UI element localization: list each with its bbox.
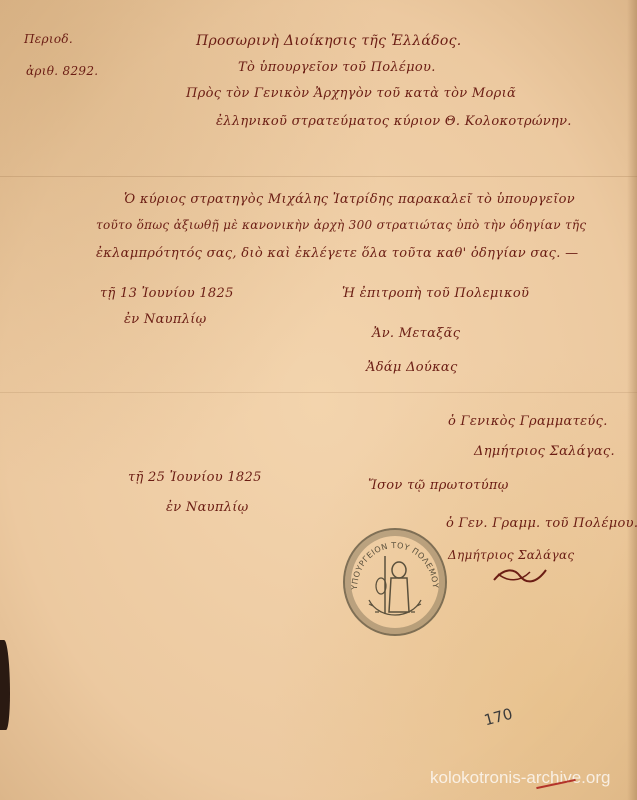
second-place: ἐν Ναυπλίῳ	[166, 500, 249, 515]
first-date-text: τῇ 13 Ἰουνίου 1825	[100, 286, 234, 301]
body-line-2: τοῦτο ὅπως ἀξιωθῇ μὲ κανονικὴν ἀρχὴ 300 …	[96, 218, 586, 232]
seal-emblem-icon: ΥΠΟΥΡΓΕΙΟΝ ΤΟΥ ΠΟΛΕΜΟΥ	[345, 530, 445, 634]
header-line-2: Τὸ ὑπουργεῖον τοῦ Πολέμου.	[238, 60, 436, 75]
fold-line	[0, 392, 637, 393]
signature-doukas: Ἀδάμ Δούκας	[366, 360, 458, 375]
paper-edge	[627, 0, 637, 800]
reference-number: ἀριθ. 8292.	[26, 64, 98, 78]
body-line-3: ἐκλαμπρότητός σας, διὸ καὶ ἐκλέγετε ὅλα …	[96, 246, 578, 261]
signature-flourish-icon	[490, 562, 550, 586]
header-line-4: ἐλληνικοῦ στρατεύματος κύριον Θ. Κολοκοτ…	[216, 114, 572, 129]
second-date: τῇ 25 Ἰουνίου 1825	[128, 470, 262, 485]
first-date: τῇ 13 Ἰουνίου 1825	[100, 286, 234, 301]
body-line-1: Ὁ κύριος στρατηγὸς Μιχάλης Ἰατρίδης παρα…	[124, 192, 575, 207]
certification-note: Ἴσον τῷ πρωτοτύπῳ	[368, 478, 509, 493]
signature-metaxas: Ἀν. Μεταξᾶς	[372, 326, 460, 341]
secretary-title: ὁ Γεν. Γραμμ. τοῦ Πολέμου.	[446, 516, 637, 531]
general-secretary-name: Δημήτριος Σαλάγας.	[474, 444, 615, 459]
ministry-seal: ΥΠΟΥΡΓΕΙΟΝ ΤΟΥ ΠΟΛΕΜΟΥ	[343, 528, 447, 636]
secretary-signature: Δημήτριος Σαλάγας	[448, 548, 574, 562]
svg-text:ΥΠΟΥΡΓΕΙΟΝ ΤΟΥ ΠΟΛΕΜΟΥ: ΥΠΟΥΡΓΕΙΟΝ ΤΟΥ ΠΟΛΕΜΟΥ	[350, 541, 440, 591]
fold-line	[0, 176, 637, 177]
header-line-1: Προσωρινὴ Διοίκησις τῆς Ἑλλάδος.	[196, 33, 461, 49]
committee-title: Ἡ ἐπιτροπὴ τοῦ Πολεμικοῦ	[342, 286, 529, 301]
seal-text: ΥΠΟΥΡΓΕΙΟΝ ΤΟΥ ΠΟΛΕΜΟΥ	[350, 541, 440, 591]
reference-label: Περιοδ.	[24, 32, 73, 46]
first-place: ἐν Ναυπλίῳ	[124, 312, 207, 327]
header-line-3: Πρὸς τὸν Γενικὸν Ἀρχηγὸν τοῦ κατὰ τὸν Μο…	[186, 86, 516, 101]
archive-watermark: kolokotronis-archive.org	[430, 768, 610, 788]
general-secretary-title: ὁ Γενικὸς Γραμματεύς.	[448, 414, 608, 429]
